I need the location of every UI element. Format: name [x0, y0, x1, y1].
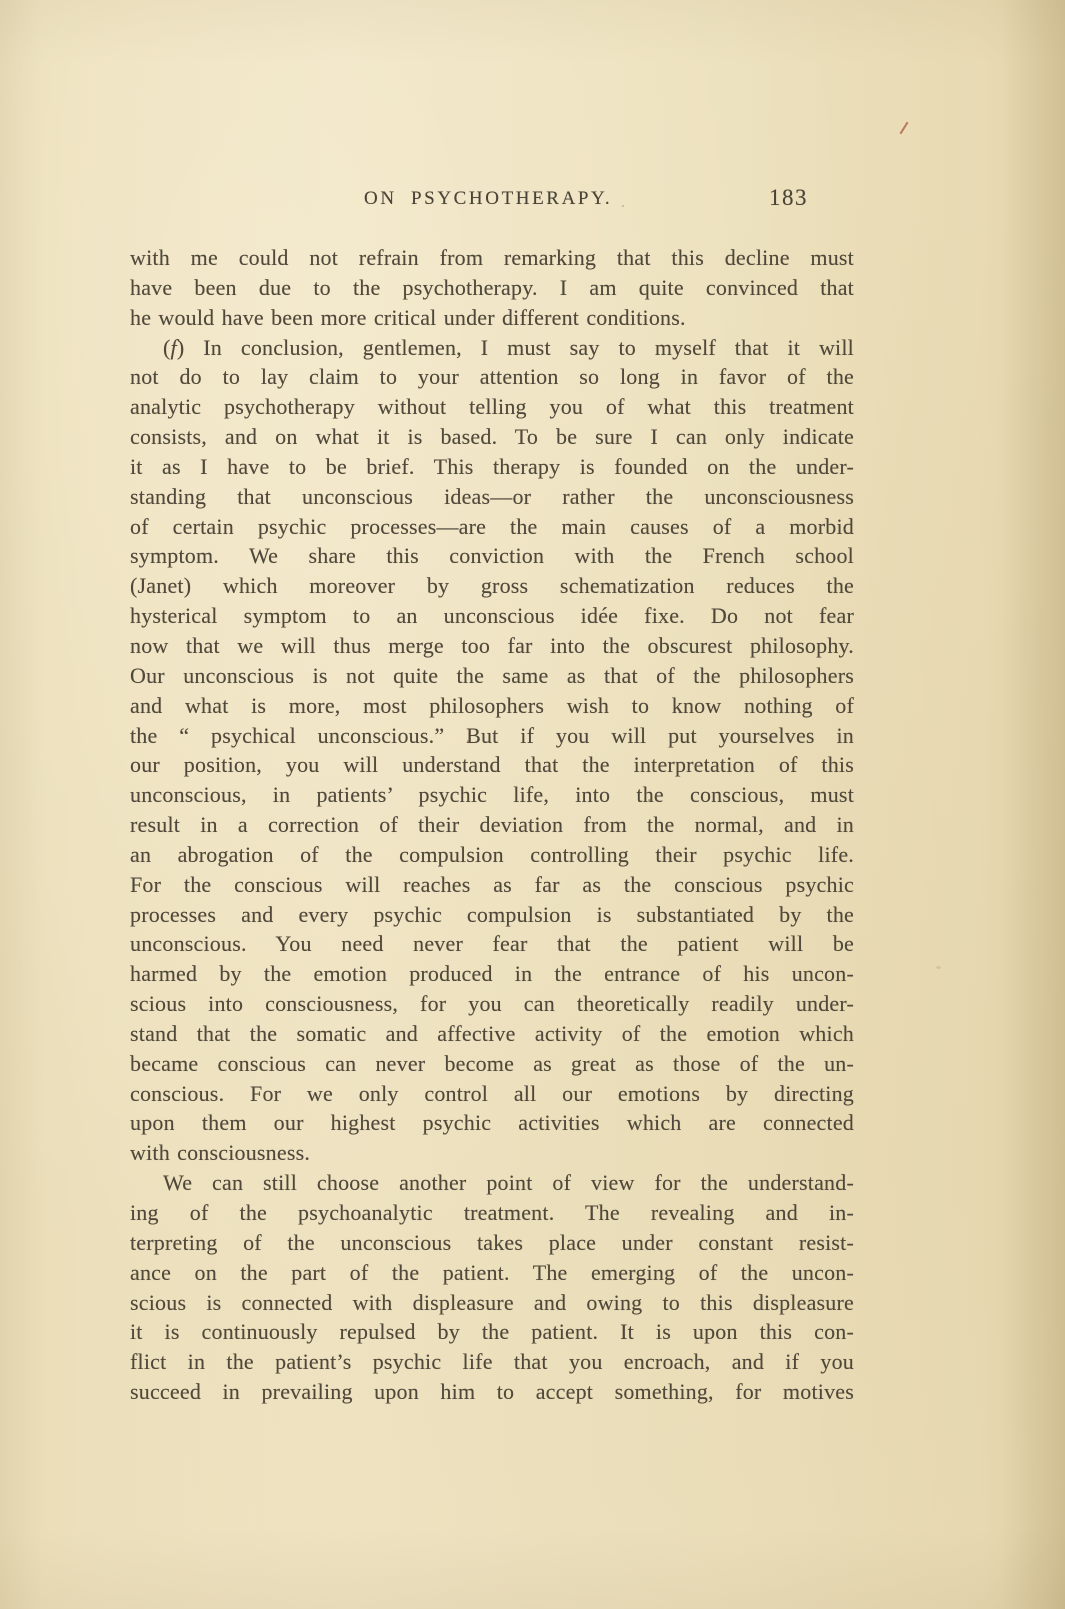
book-page: ON PSYCHOTHERAPY. 183 with me could not … [0, 0, 1065, 1609]
text-block: with me could not refrain from remarking… [130, 243, 854, 1407]
text-line: (Janet) which moreover by gross schemati… [130, 571, 854, 601]
running-header: ON PSYCHOTHERAPY. 183 [0, 188, 1065, 218]
text-line: (f) In conclusion, gentlemen, I must say… [130, 333, 854, 363]
text-line: We can still choose another point of vie… [130, 1168, 854, 1198]
text-line: an abrogation of the compulsion controll… [130, 840, 854, 870]
text-line: flict in the patient’s psychic life that… [130, 1347, 854, 1377]
running-header-title: ON PSYCHOTHERAPY. [364, 188, 612, 210]
page-number: 183 [769, 185, 808, 211]
text-line: consists, and on what it is based. To be… [130, 422, 854, 452]
text-line: harmed by the emotion produced in the en… [130, 959, 854, 989]
text-line: symptom. We share this conviction with t… [130, 541, 854, 571]
text-line: the “ psychical unconscious.” But if you… [130, 721, 854, 751]
text-line: unconscious. You need never fear that th… [130, 929, 854, 959]
text-line: processes and every psychic compulsion i… [130, 900, 854, 930]
text-line: it as I have to be brief. This therapy i… [130, 452, 854, 482]
scan-speck [936, 966, 941, 969]
text-line: with me could not refrain from remarking… [130, 243, 854, 273]
text-line: now that we will thus merge too far into… [130, 631, 854, 661]
text-line: hysterical symptom to an unconscious idé… [130, 601, 854, 631]
text-line: Our unconscious is not quite the same as… [130, 661, 854, 691]
text-line: unconscious, in patients’ psychic life, … [130, 780, 854, 810]
text-line: ing of the psychoanalytic treatment. The… [130, 1198, 854, 1228]
scan-red-slash-mark [899, 122, 908, 135]
text-line: of certain psychic processes—are the mai… [130, 512, 854, 542]
text-line: not do to lay claim to your attention so… [130, 362, 854, 392]
text-line: and what is more, most philosophers wish… [130, 691, 854, 721]
text-line: succeed in prevailing upon him to accept… [130, 1377, 854, 1407]
text-line: stand that the somatic and affective act… [130, 1019, 854, 1049]
text-line: terpreting of the unconscious takes plac… [130, 1228, 854, 1258]
text-line: scious is connected with displeasure and… [130, 1288, 854, 1318]
text-line: standing that unconscious ideas—or rathe… [130, 482, 854, 512]
text-line: became conscious can never become as gre… [130, 1049, 854, 1079]
text-line: scious into consciousness, for you can t… [130, 989, 854, 1019]
text-line: with consciousness. [130, 1138, 854, 1168]
text-line: he would have been more critical under d… [130, 303, 854, 333]
text-line: it is continuously repulsed by the patie… [130, 1317, 854, 1347]
text-line: conscious. For we only control all our e… [130, 1079, 854, 1109]
text-line: have been due to the psychotherapy. I am… [130, 273, 854, 303]
text-line: result in a correction of their deviatio… [130, 810, 854, 840]
text-line: For the conscious will reaches as far as… [130, 870, 854, 900]
text-line: upon them our highest psychic activities… [130, 1108, 854, 1138]
text-line: ance on the part of the patient. The eme… [130, 1258, 854, 1288]
text-line: our position, you will understand that t… [130, 750, 854, 780]
text-segment: ) In conclusion, gentlemen, I must say t… [177, 335, 854, 360]
text-line: analytic psychotherapy without telling y… [130, 392, 854, 422]
text-segment: ( [163, 335, 171, 360]
